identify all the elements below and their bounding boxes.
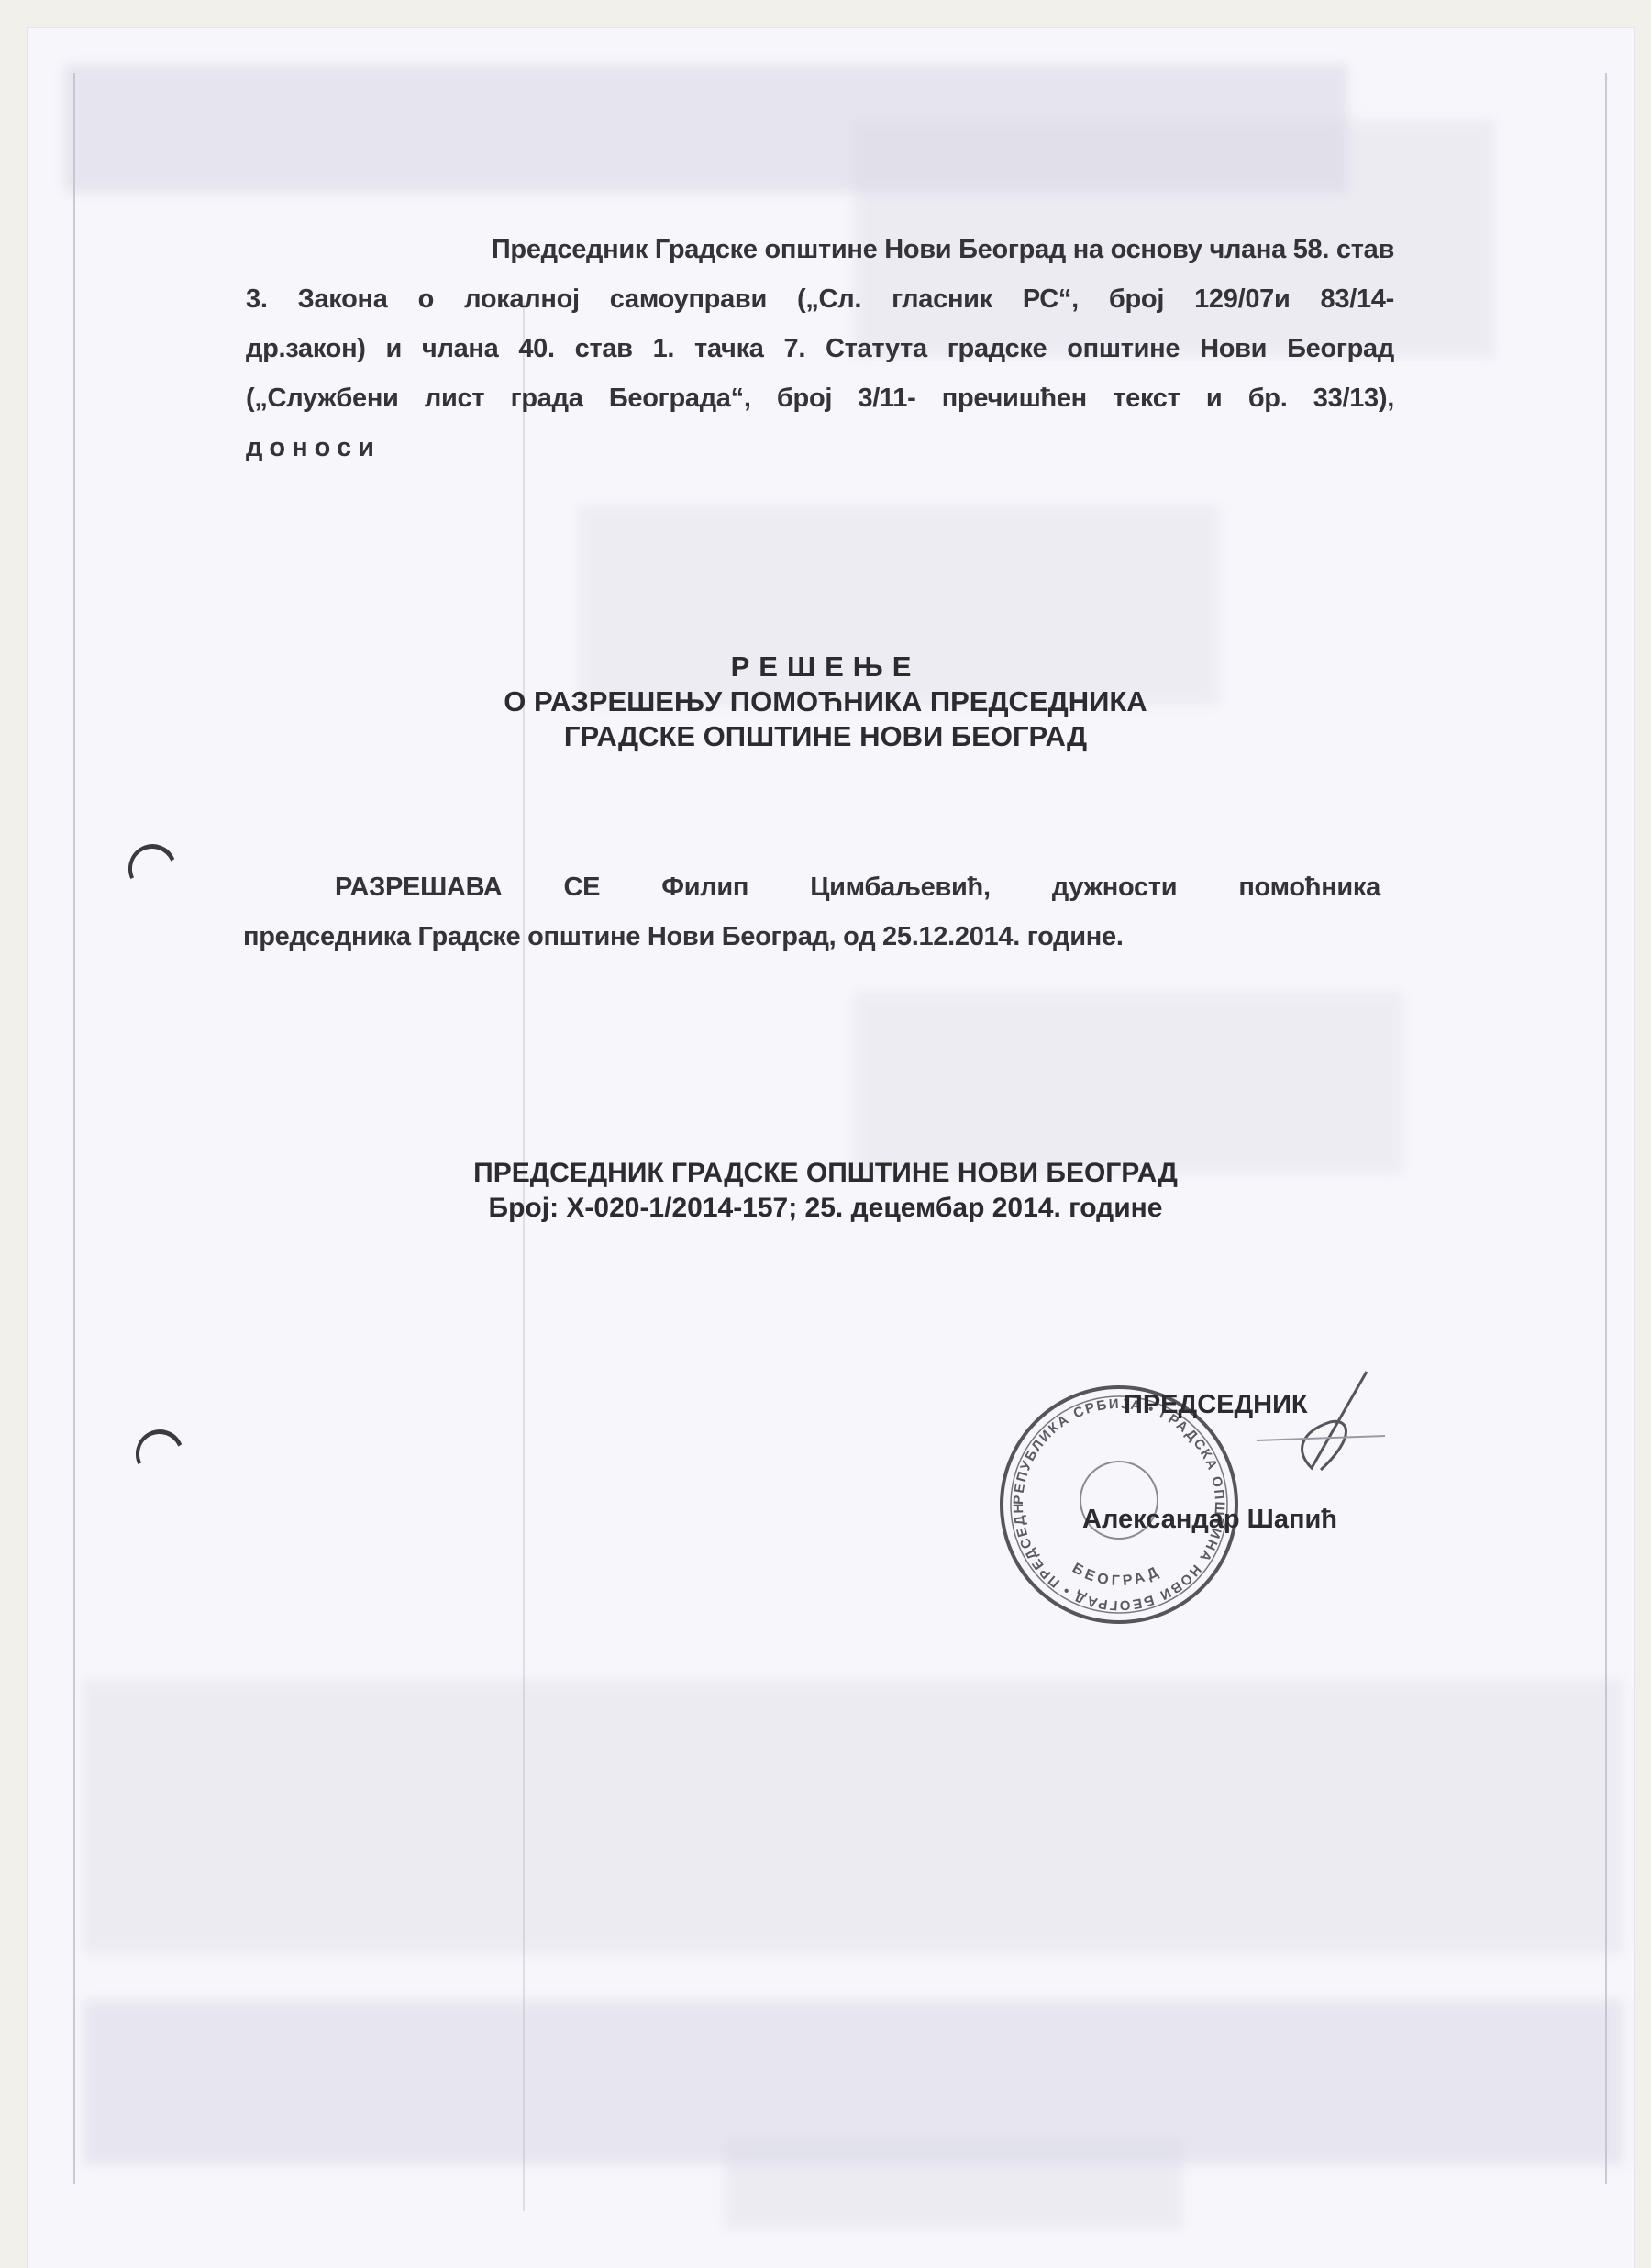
signatory-name: Александар Шапић [1082, 1505, 1337, 1535]
preamble-paragraph: Председник Градске општине Нови Београд … [246, 225, 1394, 472]
signature-label: ПРЕДСЕДНИК [1124, 1390, 1308, 1420]
preamble-line: 3. Закона о локалној самоуправи („Сл. гл… [246, 274, 1394, 324]
preamble-verb: доноси [246, 423, 1394, 472]
decision-paragraph: РАЗРЕШАВА СЕ Филип Цимбаљевић, дужности … [243, 862, 1380, 962]
decision-line: РАЗРЕШАВА СЕ Филип Цимбаљевић, дужности … [243, 862, 1380, 912]
decision-word: Цимбаљевић, [810, 862, 990, 912]
title-subtitle: ГРАДСКЕ ОПШТИНЕ НОВИ БЕОГРАД [0, 719, 1651, 754]
reference-number: Број: X-020-1/2014-157; 25. децембар 201… [0, 1191, 1651, 1226]
stamp-bottom-text: БЕОГРАД [1069, 1561, 1164, 1589]
preamble-line: др.закон) и члана 40. став 1. тачка 7. С… [246, 324, 1394, 373]
issuer-block: ПРЕДСЕДНИК ГРАДСКЕ ОПШТИНЕ НОВИ БЕОГРАД … [0, 1156, 1651, 1226]
svg-text:БЕОГРАД: БЕОГРАД [1069, 1561, 1164, 1589]
title-subtitle: О РАЗРЕШЕЊУ ПОМОЋНИКА ПРЕДСЕДНИКА [0, 684, 1651, 719]
preamble-line: Председник Градске општине Нови Београд … [246, 225, 1394, 274]
document-title: РЕШЕЊЕ О РАЗРЕШЕЊУ ПОМОЋНИКА ПРЕДСЕДНИКА… [0, 650, 1651, 754]
decision-word: Филип [661, 862, 748, 912]
issuer-title: ПРЕДСЕДНИК ГРАДСКЕ ОПШТИНЕ НОВИ БЕОГРАД [0, 1156, 1651, 1191]
decision-word: СЕ [564, 862, 601, 912]
preamble-line: („Службени лист града Београда“, број 3/… [246, 373, 1394, 423]
hole-punch-mark [122, 838, 183, 900]
decision-word: помоћника [1238, 862, 1380, 912]
decision-line: председника Градске општине Нови Београд… [243, 912, 1380, 962]
decision-word: дужности [1052, 862, 1177, 912]
signature-scribble [1257, 1367, 1385, 1505]
decision-word: РАЗРЕШАВА [335, 862, 502, 912]
hole-punch-mark [129, 1423, 191, 1485]
title-heading: РЕШЕЊЕ [0, 650, 1651, 684]
